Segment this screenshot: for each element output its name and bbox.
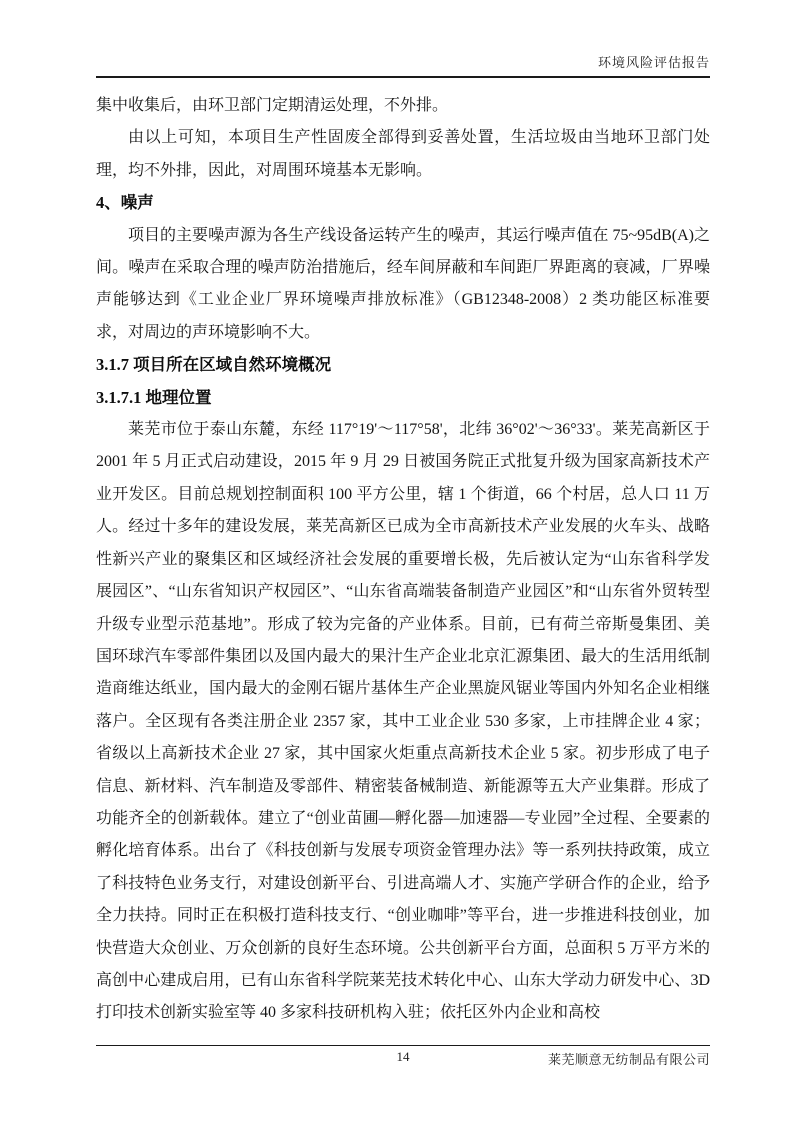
paragraph-solid-waste-summary: 由以上可知，本项目生产性固废全部得到妥善处置，生活垃圾由当地环卫部门处理，均不外… xyxy=(96,122,710,187)
document-body: 集中收集后，由环卫部门定期清运处理，不外排。 由以上可知，本项目生产性固废全部得… xyxy=(96,90,710,1030)
section-heading-noise: 4、噪声 xyxy=(96,187,710,219)
paragraph-geographic-location: 莱芜市位于泰山东麓，东经 117°19'～117°58'，北纬 36°02'～3… xyxy=(96,414,710,1030)
page-footer: 14 莱芜顺意无纺制品有限公司 xyxy=(96,1045,710,1070)
section-heading-region-overview: 3.1.7 项目所在区域自然环境概况 xyxy=(96,349,710,381)
footer-company-name: 莱芜顺意无纺制品有限公司 xyxy=(548,1049,710,1068)
paragraph-continuation: 集中收集后，由环卫部门定期清运处理，不外排。 xyxy=(96,90,710,122)
header-title: 环境风险评估报告 xyxy=(598,55,710,70)
section-heading-geographic-location: 3.1.7.1 地理位置 xyxy=(96,382,710,414)
paragraph-noise: 项目的主要噪声源为各生产线设备运转产生的噪声，其运行噪声值在 75~95dB(A… xyxy=(96,220,710,350)
page-header: 环境风险评估报告 xyxy=(96,0,710,78)
document-page: 环境风险评估报告 集中收集后，由环卫部门定期清运处理，不外排。 由以上可知，本项… xyxy=(0,0,800,1131)
